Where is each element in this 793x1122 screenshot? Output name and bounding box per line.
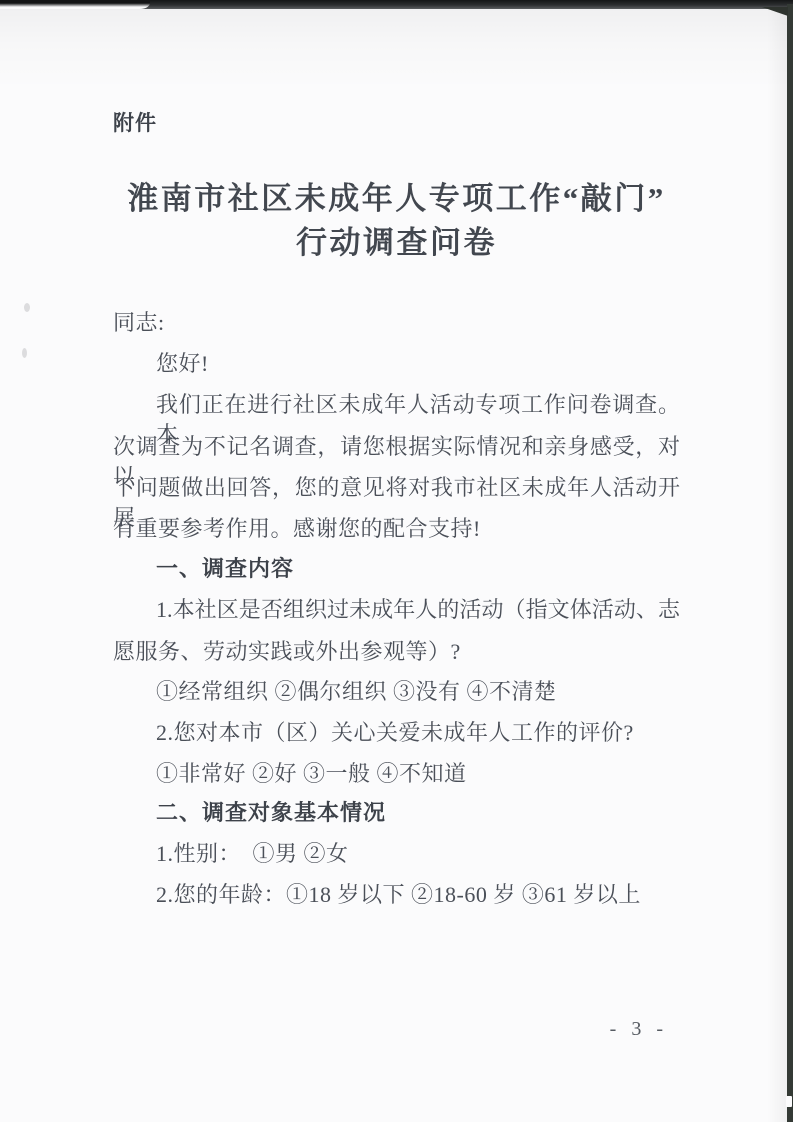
section1-heading: 一、调查内容 [156, 554, 294, 584]
section2-q2: 2.您的年龄：①18 岁以下 ②18-60 岁 ③61 岁以上 [156, 880, 641, 910]
document-title-line1: 淮南市社区未成年人专项工作“敲门” [113, 180, 680, 218]
scanned-document-page: 附件 淮南市社区未成年人专项工作“敲门” 行动调查问卷 同志: 您好! 我们正在… [0, 0, 793, 1122]
section1-q1-line2: 愿服务、劳动实践或外出参观等）? [113, 637, 461, 667]
scan-smudge [24, 303, 30, 312]
scan-smudge [22, 348, 27, 358]
greeting: 您好! [156, 349, 209, 379]
scan-edge-top-right-corner [762, 7, 788, 16]
section2-q1: 1.性别： ①男 ②女 [156, 839, 349, 869]
intro-line-4: 有重要参考作用。感谢您的配合支持! [113, 514, 481, 544]
section1-q1-options: ①经常组织 ②偶尔组织 ③没有 ④不清楚 [156, 677, 557, 707]
document-title-line2: 行动调查问卷 [113, 224, 680, 262]
scan-edge-right [787, 4, 793, 1122]
scan-edge-bottom-right-notch [786, 1096, 792, 1107]
scan-edge-top-left-fade [0, 0, 150, 9]
section1-q1-line1: 1.本社区是否组织过未成年人的活动（指文体活动、志 [156, 595, 680, 625]
page-number: - 3 - [0, 1018, 668, 1041]
section1-q2: 2.您对本市（区）关心关爱未成年人工作的评价? [156, 718, 634, 748]
salutation: 同志: [113, 308, 165, 338]
section1-q2-options: ①非常好 ②好 ③一般 ④不知道 [156, 759, 467, 789]
section2-heading: 二、调查对象基本情况 [156, 798, 386, 828]
attachment-label: 附件 [113, 109, 157, 139]
